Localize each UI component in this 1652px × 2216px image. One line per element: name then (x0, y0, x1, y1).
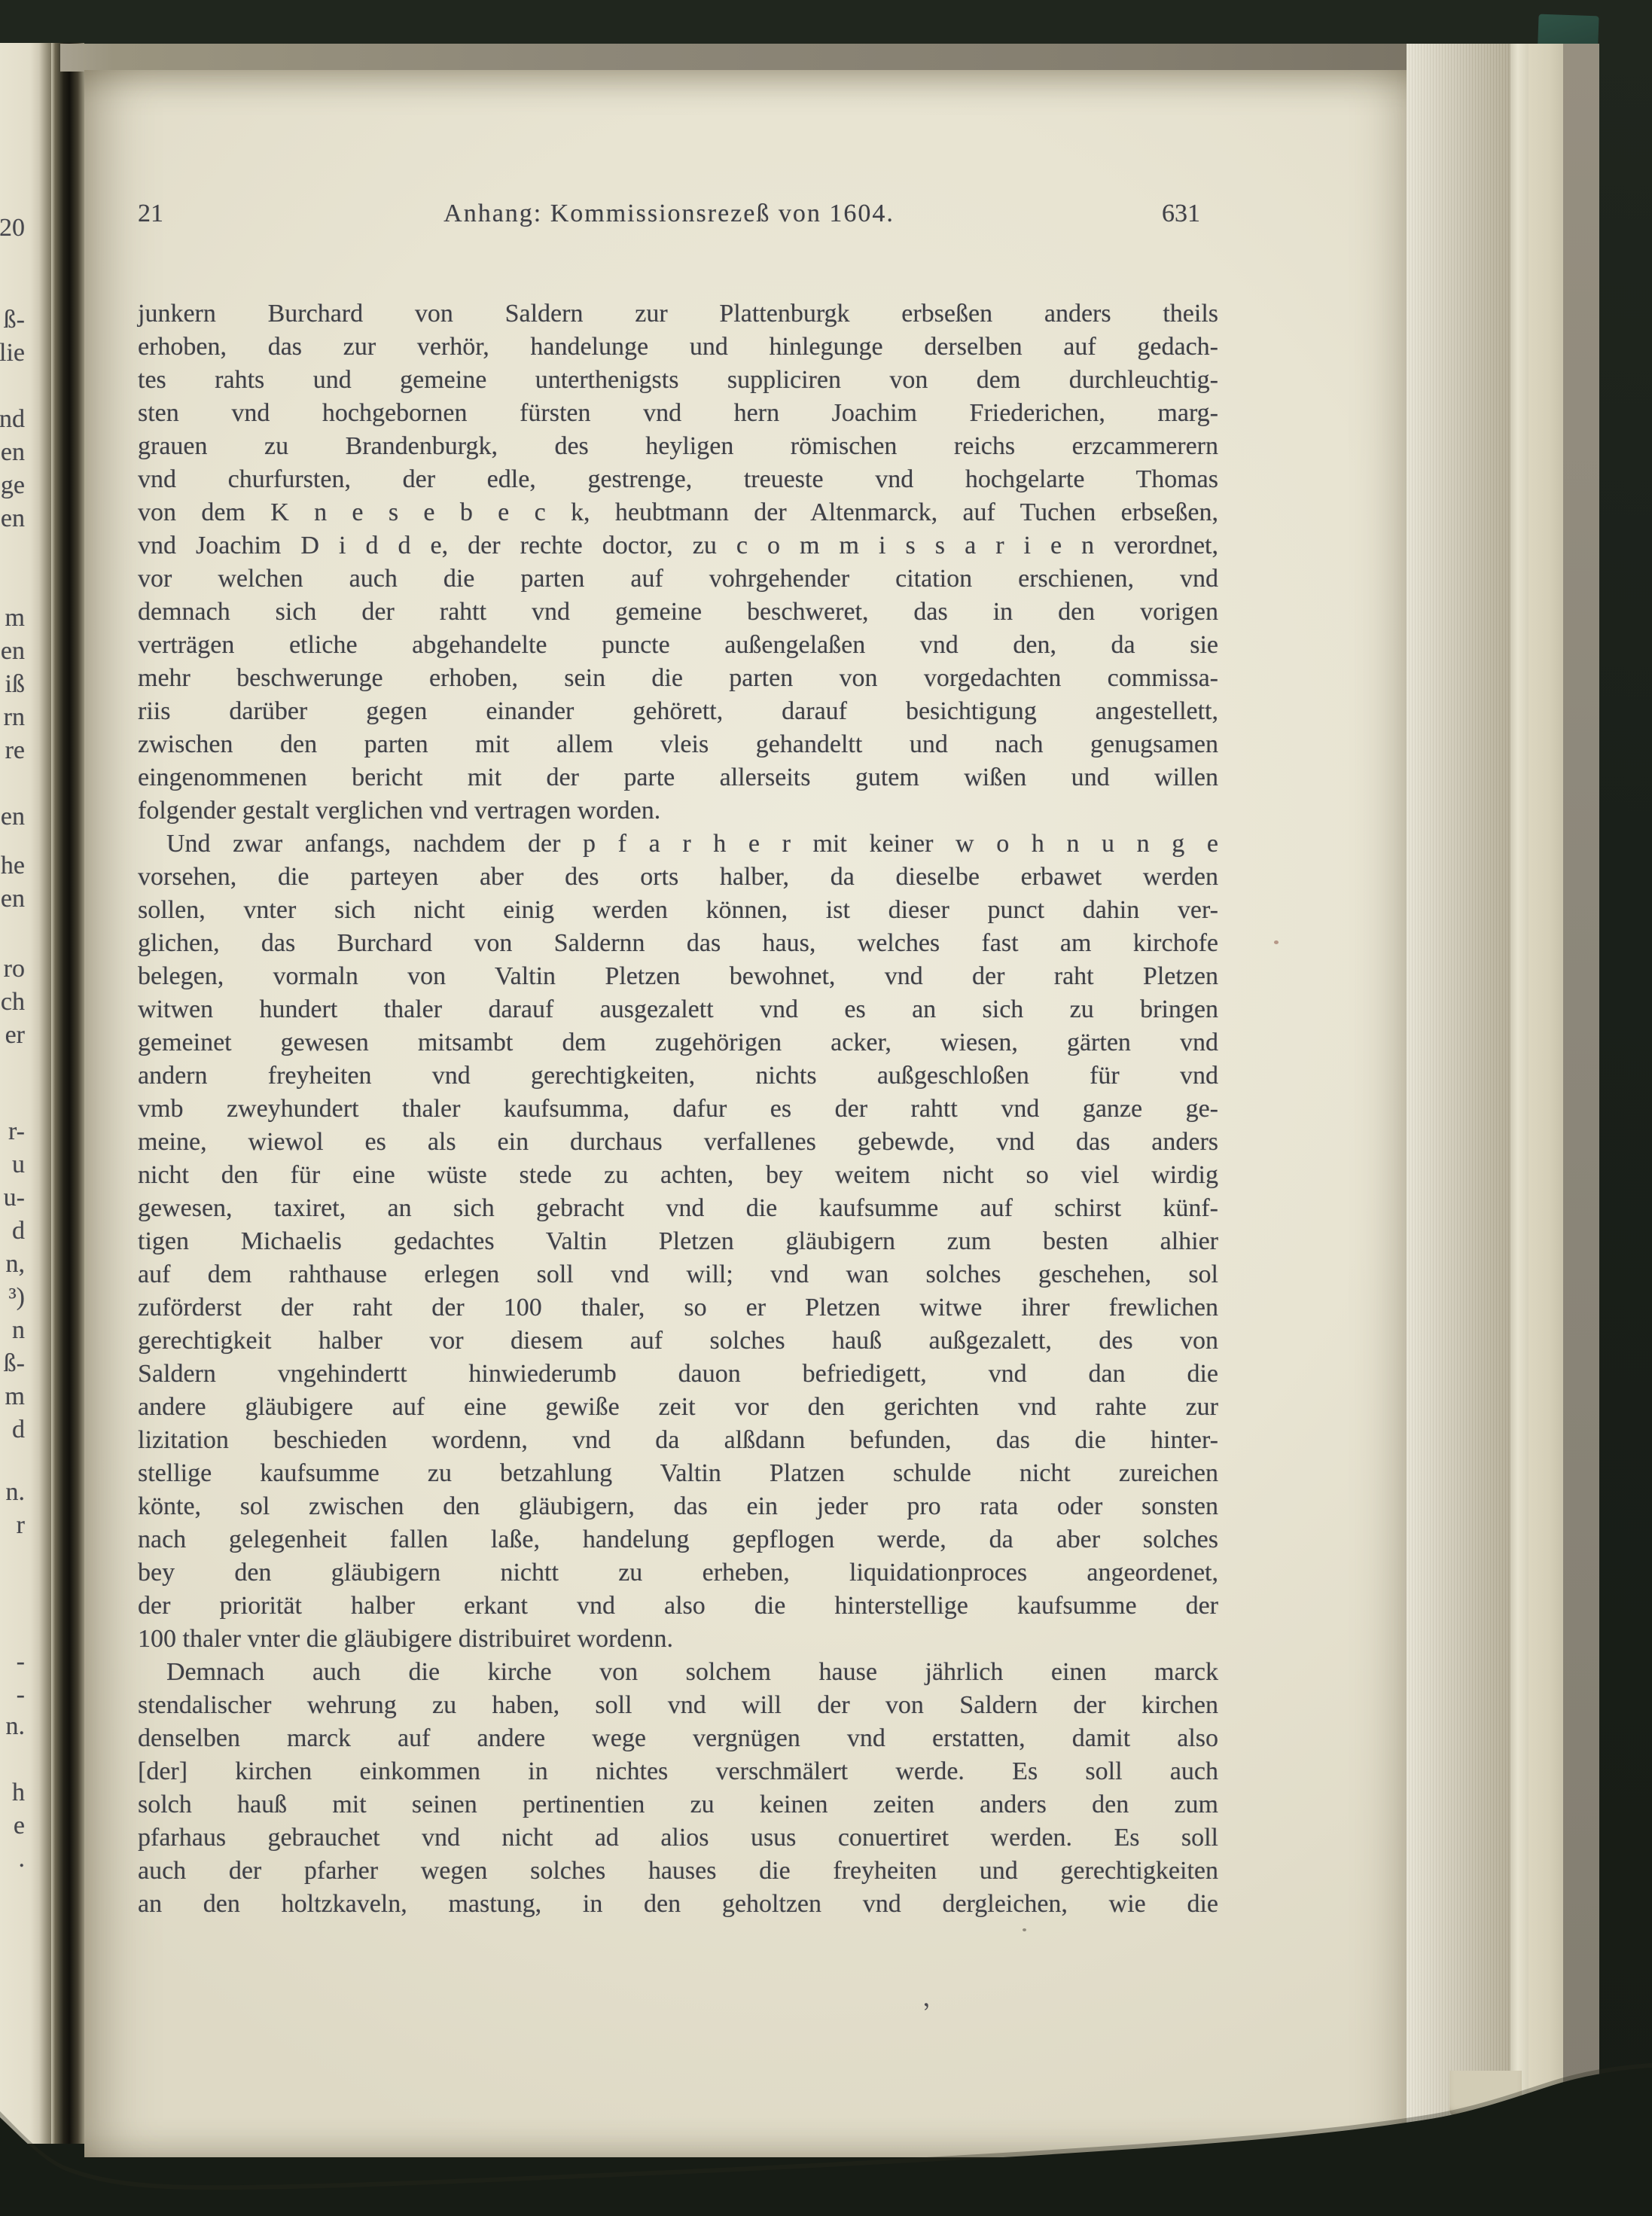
text-line: der priorität halber erkant vnd also die… (138, 1590, 1218, 1623)
edge-fragment: . (19, 1844, 26, 1874)
dust-speck (1023, 1928, 1026, 1931)
paragraph: Und zwar anfangs, nachdem der p f a r h … (138, 828, 1218, 1656)
text-line: mehr beschwerunge erhoben, sein die part… (138, 662, 1218, 695)
text-line: verträgen etliche abgehandelte puncte au… (138, 629, 1218, 662)
text-line: andern freyheiten vnd gerechtigkeiten, n… (138, 1059, 1218, 1093)
edge-fragment: n. (6, 1712, 26, 1742)
edge-fragment: en (1, 884, 25, 914)
paragraph: junkern Burchard von Saldern zur Platten… (138, 297, 1218, 828)
text-line: nach gelegenheit fallen laße, handelung … (138, 1523, 1218, 1556)
edge-fragment: r (17, 1510, 25, 1541)
text-line: Saldern vngehindertt hinwiederumb dauon … (138, 1358, 1218, 1391)
book-gutter-shadow (51, 43, 84, 2144)
facing-page-number: 20 (0, 213, 25, 243)
open-book-photo: 20 ß-liendengeenmenißrnreenheenrocherr-u… (0, 0, 1652, 2216)
edge-fragment: u (12, 1150, 25, 1180)
text-line: glichen, das Burchard von Saldernn das h… (138, 927, 1218, 960)
fore-edge-page-stack (1407, 44, 1510, 2123)
text-line: vor welchen auch die parten auf vohrgehe… (138, 562, 1218, 596)
text-line: erhoben, das zur verhör, handelunge und … (138, 331, 1218, 364)
book-page: 21 Anhang: Kommissionsrezeß von 1604. 63… (84, 70, 1410, 2157)
text-line: gewesen, taxiret, an sich gebracht vnd d… (138, 1192, 1218, 1225)
edge-fragment: d (12, 1216, 25, 1246)
edge-fragment: ge (1, 471, 25, 501)
edge-fragment: en (1, 437, 25, 468)
text-line: vorsehen, die parteyen aber des orts hal… (138, 861, 1218, 894)
edge-fragment: u- (4, 1183, 25, 1213)
edge-fragment: en (1, 504, 25, 534)
ink-fleck: , (919, 1981, 931, 2013)
text-line: tes rahts und gemeine unterthenigsts sup… (138, 364, 1218, 397)
text-line: auf dem rahthause erlegen soll vnd will;… (138, 1258, 1218, 1291)
edge-fragment: lie (0, 338, 25, 368)
text-line: zwischen den parten mit allem vleis geha… (138, 728, 1218, 761)
text-line: pfarhaus gebrauchet vnd nicht ad alios u… (138, 1821, 1218, 1855)
edge-fragment: n, (6, 1249, 26, 1279)
running-header-title: Anhang: Kommissionsrezeß von 1604. (228, 200, 1110, 228)
facing-page-fragments: 20 ß-liendengeenmenißrnreenheenrocherr-u… (0, 0, 51, 2216)
page-number: 21 (138, 200, 228, 228)
text-line: gemeinet gewesen mitsambt dem zugehörige… (138, 1026, 1218, 1059)
text-line: vnd Joachim D i d d e, der rechte doctor… (138, 529, 1218, 562)
edge-fragment: m (5, 1382, 25, 1412)
text-line: grauen zu Brandenburgk, des heyligen röm… (138, 430, 1218, 463)
edge-fragment: he (1, 851, 25, 881)
text-line: sollen, vnter sich nicht einig werden kö… (138, 894, 1218, 927)
paragraph: Demnach auch die kirche von solchem haus… (138, 1656, 1218, 1921)
edge-fragment: m (5, 603, 25, 633)
edge-fragment: ß- (4, 1349, 25, 1379)
edge-fragment: nd (0, 404, 25, 434)
bottom-cover-shadow (0, 2033, 1652, 2216)
text-line: eingenommenen bericht mit der parte alle… (138, 761, 1218, 794)
edge-fragment: - (17, 1680, 25, 1710)
edge-fragment: rn (4, 703, 25, 733)
cover-board-edge (1563, 44, 1599, 2119)
text-line: lizitation beschieden wordenn, vnd da al… (138, 1424, 1218, 1457)
text-line: tigen Michaelis gedachtes Valtin Pletzen… (138, 1225, 1218, 1258)
edge-fragment: ch (1, 987, 25, 1017)
text-line: andere gläubigere auf eine gewiße zeit v… (138, 1391, 1218, 1424)
text-line: gerechtigkeit halber vor diesem auf solc… (138, 1324, 1218, 1358)
text-line: denselben marck auf andere wege vergnüge… (138, 1722, 1218, 1755)
fore-edge-ridge (1510, 44, 1529, 2122)
edge-fragment: re (5, 736, 25, 766)
edge-fragment: iß (5, 669, 25, 700)
text-line: an den holtzkaveln, mastung, in den geho… (138, 1888, 1218, 1921)
edge-fragment: en (1, 636, 25, 666)
text-line: riis darüber gegen einander gehörett, da… (138, 695, 1218, 728)
text-line: witwen hundert thaler darauf ausgezalett… (138, 993, 1218, 1026)
folio-number: 631 (1110, 200, 1218, 228)
text-line: zuförderst der raht der 100 thaler, so e… (138, 1291, 1218, 1324)
edge-fragment: n. (6, 1477, 26, 1507)
text-line: solch hauß mit seinen pertinentien zu ke… (138, 1788, 1218, 1821)
text-body: junkern Burchard von Saldern zur Platten… (138, 297, 1218, 1921)
paper-fleck (1274, 940, 1279, 944)
text-line: von dem K n e s e b e c k, heubtmann der… (138, 496, 1218, 529)
text-line: meine, wiewol es als ein durchaus verfal… (138, 1126, 1218, 1159)
text-line: vnd churfursten, der edle, gestrenge, tr… (138, 463, 1218, 496)
edge-fragment: ³) (8, 1282, 25, 1312)
edge-fragment: n (12, 1315, 25, 1346)
text-line: könte, sol zwischen den gläubigern, das … (138, 1490, 1218, 1523)
text-line: stendalischer wehrung zu haben, soll vnd… (138, 1689, 1218, 1722)
edge-fragment: e (14, 1811, 25, 1841)
running-header: 21 Anhang: Kommissionsrezeß von 1604. 63… (138, 200, 1218, 233)
text-line: stellige kaufsumme zu betzahlung Valtin … (138, 1457, 1218, 1490)
text-line: demnach sich der rahtt vnd gemeine besch… (138, 596, 1218, 629)
edge-fragment: ß- (4, 305, 25, 335)
edge-fragment: en (1, 802, 25, 832)
endpaper-edge (1529, 44, 1563, 2120)
text-line: Und zwar anfangs, nachdem der p f a r h … (138, 828, 1218, 861)
text-line: bey den gläubigern nichtt zu erheben, li… (138, 1556, 1218, 1590)
text-line: junkern Burchard von Saldern zur Platten… (138, 297, 1218, 331)
text-line: nicht den für eine wüste stede zu achten… (138, 1159, 1218, 1192)
edge-fragment: h (12, 1778, 25, 1808)
text-line: auch der pfarher wegen solches hauses di… (138, 1855, 1218, 1888)
edge-fragment: d (12, 1415, 25, 1445)
edge-fragment: - (17, 1647, 25, 1677)
text-line: Demnach auch die kirche von solchem haus… (138, 1656, 1218, 1689)
text-line: 100 thaler vnter die gläubigere distribu… (138, 1623, 1218, 1656)
edge-fragment: er (5, 1020, 25, 1050)
text-line: [der] kirchen einkommen in nichtes versc… (138, 1755, 1218, 1788)
top-page-edges (60, 44, 1599, 72)
text-line: folgender gestalt verglichen vnd vertrag… (138, 794, 1218, 828)
edge-fragment: ro (4, 954, 25, 984)
text-line: belegen, vormaln von Valtin Pletzen bewo… (138, 960, 1218, 993)
text-line: sten vnd hochgebornen fürsten vnd hern J… (138, 397, 1218, 430)
edge-fragment: r- (8, 1117, 25, 1147)
text-line: vmb zweyhundert thaler kaufsumma, dafur … (138, 1093, 1218, 1126)
